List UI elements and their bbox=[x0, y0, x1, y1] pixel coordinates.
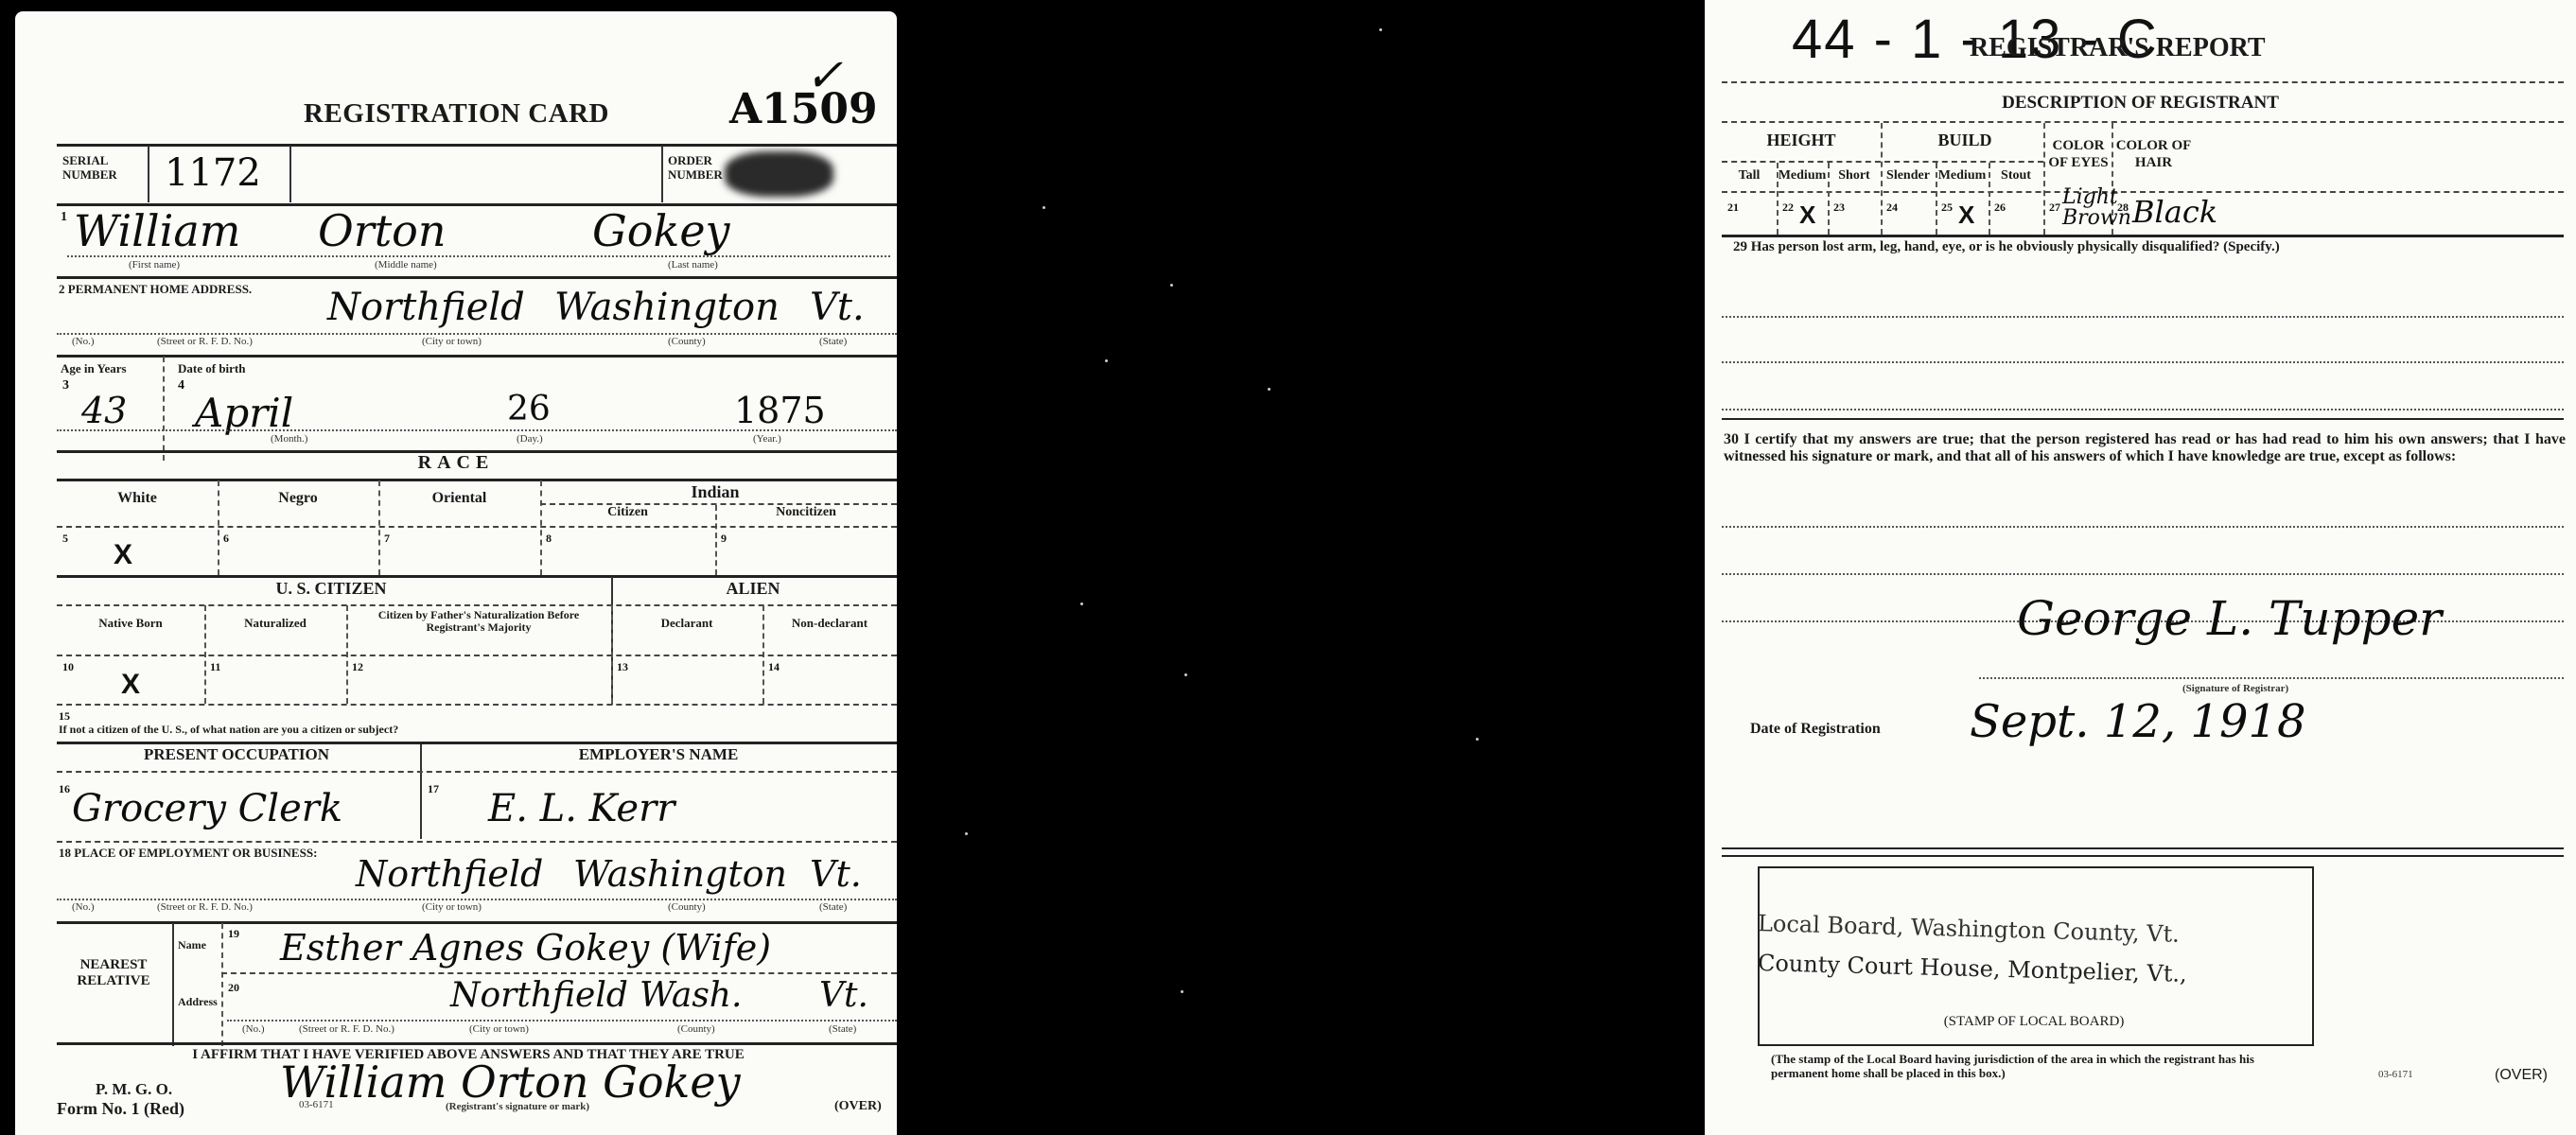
height-header: HEIGHT bbox=[1722, 131, 1881, 150]
first-name-label: (First name) bbox=[129, 259, 180, 271]
race-column-label: Oriental bbox=[378, 490, 540, 507]
order-number-label: ORDER NUMBER bbox=[668, 153, 725, 182]
age-label: Age in Years bbox=[61, 361, 127, 376]
employment-city: Northfield bbox=[356, 853, 543, 895]
front-over-label: (OVER) bbox=[834, 1099, 882, 1114]
dob-day: 26 bbox=[507, 390, 551, 428]
date-of-registration-value: Sept. 12, 1918 bbox=[1970, 695, 2306, 748]
rel-state-label: (State) bbox=[829, 1023, 856, 1035]
description-column-number: 23 bbox=[1833, 201, 1845, 215]
middle-name: Orton bbox=[318, 205, 447, 256]
home-county: Washington bbox=[554, 286, 780, 329]
description-column-label: Short bbox=[1828, 168, 1881, 183]
relative-state: Vt. bbox=[819, 976, 868, 1015]
last-name-label: (Last name) bbox=[668, 259, 718, 271]
back-print-code: 03-6171 bbox=[2378, 1069, 2413, 1080]
age-value: 43 bbox=[81, 390, 127, 431]
description-column-label: Medium bbox=[1777, 168, 1828, 183]
relative-address-label: Address bbox=[178, 995, 218, 1009]
description-column-number: 26 bbox=[1994, 201, 2006, 215]
stamp-of-local-board-label: (STAMP OF LOCAL BOARD) bbox=[1758, 1014, 2310, 1030]
rel-city-label: (City or town) bbox=[469, 1023, 529, 1035]
signature-label: (Registrant's signature or mark) bbox=[446, 1101, 589, 1112]
registration-card-front: REGISTRATION CARD A1509 ✓ SERIAL NUMBER … bbox=[15, 11, 897, 1135]
race-header: RACE bbox=[15, 452, 897, 474]
citizenship-column-number: 13 bbox=[617, 660, 628, 674]
q16-number: 16 bbox=[59, 782, 70, 796]
address-no-label: (No.) bbox=[72, 336, 95, 347]
first-name: William bbox=[74, 205, 240, 256]
rel-county-label: (County) bbox=[677, 1023, 715, 1035]
q30-text: 30 I certify that my answers are true; t… bbox=[1724, 431, 2566, 465]
home-city: Northfield bbox=[327, 286, 525, 329]
citizenship-column-label: Non-declarant bbox=[762, 617, 897, 629]
citizenship-column-label: Declarant bbox=[611, 617, 762, 629]
race-column-number: 7 bbox=[384, 532, 390, 546]
address-street-label: (Street or R. F. D. No.) bbox=[157, 336, 253, 347]
eye-color-value: Light Brown bbox=[2062, 187, 2114, 229]
emp-state-label: (State) bbox=[819, 901, 847, 913]
date-of-registration-label: Date of Registration bbox=[1750, 721, 1881, 738]
description-column-number: 25 bbox=[1941, 201, 1953, 215]
back-over-label: (OVER) bbox=[2495, 1067, 2548, 1084]
serial-number-value: 1172 bbox=[165, 151, 261, 195]
emp-city-label: (City or town) bbox=[422, 901, 482, 913]
card-title: REGISTRATION CARD bbox=[304, 98, 609, 130]
hair-header: COLOR OF HAIR bbox=[2113, 137, 2194, 171]
description-column-label: Tall bbox=[1722, 168, 1777, 183]
emp-county-label: (County) bbox=[668, 901, 706, 913]
description-column-label: Slender bbox=[1881, 168, 1936, 183]
description-column-number: 24 bbox=[1886, 201, 1898, 215]
address-county-label: (County) bbox=[668, 336, 706, 347]
description-checkbox-mark[interactable]: X bbox=[1958, 201, 1974, 230]
q29-text: 29 Has person lost arm, leg, hand, eye, … bbox=[1733, 239, 2566, 255]
order-annotation: A1509 bbox=[729, 85, 878, 133]
race-column-label: Negro bbox=[218, 490, 378, 507]
serial-number-label: SERIAL NUMBER bbox=[62, 153, 148, 182]
citizenship-column-label: Naturalized bbox=[204, 617, 346, 629]
relative-county: Wash. bbox=[640, 976, 742, 1015]
registrar-signature-label: (Signature of Registrar) bbox=[2182, 683, 2288, 694]
citizenship-column-number: 10 bbox=[62, 660, 74, 674]
dob-label: Date of birth bbox=[178, 361, 246, 376]
home-state: Vt. bbox=[810, 286, 865, 329]
citizenship-column-label: Native Born bbox=[57, 617, 204, 629]
race-column-number: 6 bbox=[223, 532, 229, 546]
q27-number: 27 bbox=[2049, 201, 2060, 215]
middle-name-label: (Middle name) bbox=[375, 259, 437, 271]
registrars-report-title: REGISTRAR'S REPORT bbox=[1970, 33, 2266, 63]
dob-day-label: (Day.) bbox=[517, 433, 543, 445]
rel-street-label: (Street or R. F. D. No.) bbox=[299, 1023, 394, 1035]
last-name: Gokey bbox=[592, 205, 730, 256]
citizenship-column-number: 12 bbox=[352, 660, 363, 674]
description-column-number: 21 bbox=[1727, 201, 1739, 215]
occupation-value: Grocery Clerk bbox=[72, 787, 342, 830]
q4-number: 4 bbox=[178, 378, 184, 393]
race-column-number: 5 bbox=[62, 532, 68, 546]
form-id-line2: Form No. 1 (Red) bbox=[57, 1099, 184, 1119]
race-column-label: Citizen bbox=[540, 505, 715, 520]
indian-label: Indian bbox=[540, 482, 890, 502]
occupation-header: PRESENT OCCUPATION bbox=[57, 745, 416, 764]
home-address-label: 2 PERMANENT HOME ADDRESS. bbox=[59, 282, 252, 297]
employer-value: E. L. Kerr bbox=[488, 787, 675, 830]
dob-year-label: (Year.) bbox=[753, 433, 781, 445]
q19-number: 19 bbox=[228, 927, 239, 941]
q3-number: 3 bbox=[62, 378, 69, 393]
description-column-number: 22 bbox=[1782, 201, 1794, 215]
q20-number: 20 bbox=[228, 981, 239, 995]
citizenship-checkbox-mark[interactable]: X bbox=[121, 669, 140, 701]
race-column-number: 9 bbox=[721, 532, 727, 546]
form-id-line1: P. M. G. O. bbox=[96, 1080, 172, 1099]
stamp-note: (The stamp of the Local Board having jur… bbox=[1771, 1052, 2310, 1080]
check-mark: ✓ bbox=[805, 49, 843, 102]
nearest-relative-label: NEAREST RELATIVE bbox=[57, 957, 170, 989]
eyes-header: COLOR OF EYES bbox=[2045, 137, 2112, 171]
registrant-signature: William Orton Gokey bbox=[280, 1056, 741, 1108]
q1-number: 1 bbox=[61, 210, 67, 225]
q28-number: 28 bbox=[2117, 201, 2129, 215]
dob-year: 1875 bbox=[734, 390, 826, 431]
q15-number: 15 bbox=[59, 709, 70, 724]
race-checkbox-mark[interactable]: X bbox=[114, 539, 132, 571]
citizenship-column-label: Citizen by Father's Naturalization Befor… bbox=[346, 609, 611, 634]
race-column-label: White bbox=[57, 490, 218, 507]
dob-month-label: (Month.) bbox=[271, 433, 307, 445]
description-header: DESCRIPTION OF REGISTRANT bbox=[1705, 93, 2576, 113]
description-column-label: Medium bbox=[1936, 168, 1989, 183]
description-checkbox-mark[interactable]: X bbox=[1799, 201, 1815, 230]
employment-county: Washington bbox=[573, 853, 787, 895]
q15-label: If not a citizen of the U. S., of what n… bbox=[59, 723, 398, 737]
citizenship-column-number: 11 bbox=[210, 660, 220, 674]
relative-name-label: Name bbox=[178, 938, 206, 952]
q17-number: 17 bbox=[428, 782, 439, 796]
order-number-smudge bbox=[725, 151, 833, 197]
emp-street-label: (Street or R. F. D. No.) bbox=[157, 901, 253, 913]
address-city-label: (City or town) bbox=[422, 336, 482, 347]
rel-no-label: (No.) bbox=[242, 1023, 265, 1035]
race-column-number: 8 bbox=[546, 532, 552, 546]
registration-card-back: 44 - 1 - 13 - C REGISTRAR'S REPORT DESCR… bbox=[1705, 0, 2576, 1135]
emp-no-label: (No.) bbox=[72, 901, 95, 913]
place-of-employment-label: 18 PLACE OF EMPLOYMENT OR BUSINESS: bbox=[59, 846, 317, 861]
address-state-label: (State) bbox=[819, 336, 847, 347]
alien-header: ALIEN bbox=[611, 579, 895, 599]
relative-name-value: Esther Agnes Gokey (Wife) bbox=[280, 927, 771, 969]
relative-city: Northfield bbox=[450, 976, 628, 1015]
race-column-label: Noncitizen bbox=[715, 505, 897, 520]
citizenship-column-number: 14 bbox=[768, 660, 780, 674]
employer-header: EMPLOYER'S NAME bbox=[422, 745, 895, 764]
registrar-signature: George L. Tupper bbox=[2017, 591, 2442, 646]
employment-state: Vt. bbox=[810, 853, 862, 895]
hair-color-value: Black bbox=[2132, 194, 2217, 230]
build-header: BUILD bbox=[1884, 131, 2045, 150]
description-column-label: Stout bbox=[1989, 168, 2043, 183]
us-citizen-header: U. S. CITIZEN bbox=[57, 579, 605, 599]
